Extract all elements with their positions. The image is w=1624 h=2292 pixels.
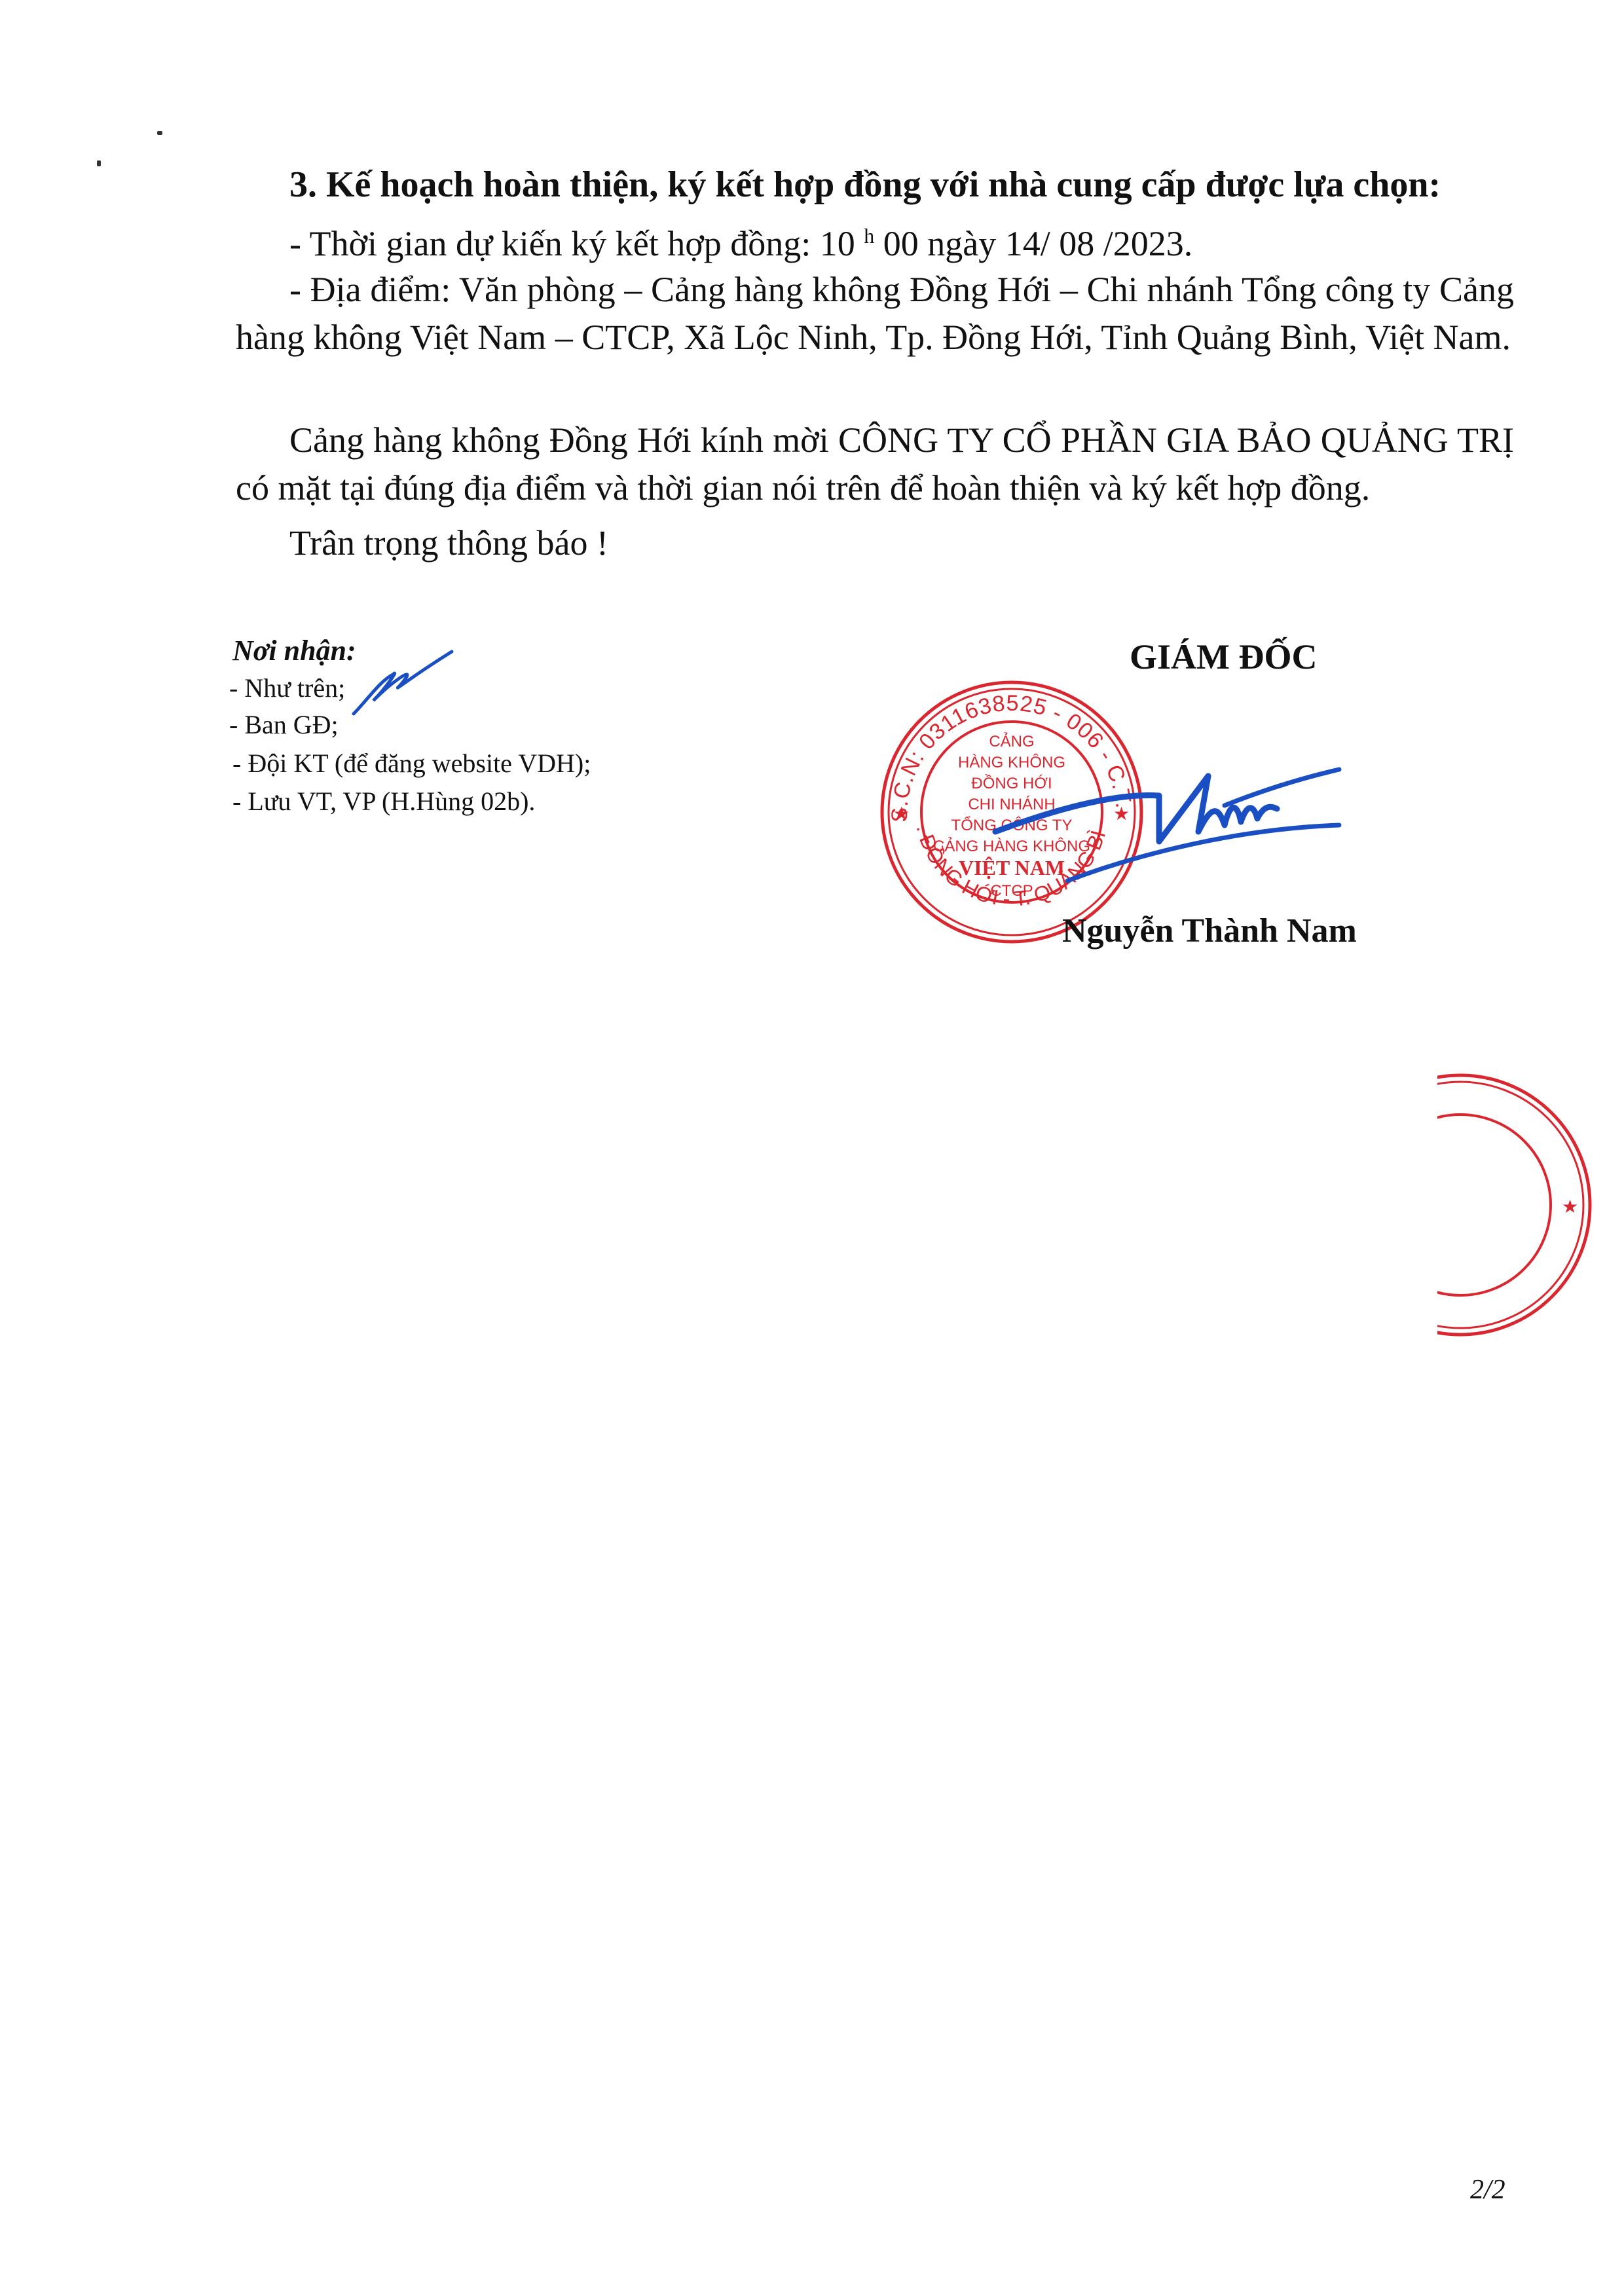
svg-text:★: ★	[893, 804, 910, 824]
scan-speck	[97, 160, 101, 166]
signer-name: Nguyễn Thành Nam	[1062, 912, 1357, 950]
recipient-item: - Lưu VT, VP (H.Hùng 02b).	[232, 785, 535, 819]
recipient-item: - Ban GĐ;	[229, 708, 339, 742]
recipient-item: - Đội KT (để đăng website VDH);	[232, 747, 591, 781]
signing-time-suffix: 00 ngày 14/ 08 /2023.	[874, 224, 1192, 263]
section-heading: 3. Kế hoạch hoàn thiện, ký kết hợp đồng …	[289, 164, 1441, 206]
svg-text:★: ★	[1562, 1197, 1578, 1217]
location-paragraph: - Địa điểm: Văn phòng – Cảng hàng không …	[236, 266, 1514, 361]
page-number: 2/2	[1470, 2174, 1505, 2206]
invitation-paragraph: Cảng hàng không Đồng Hới kính mời CÔNG T…	[236, 416, 1514, 512]
signing-time-prefix: - Thời gian dự kiến ký kết hợp đồng: 10	[289, 224, 864, 263]
signer-title: GIÁM ĐỐC	[1130, 637, 1317, 677]
hour-superscript: h	[864, 224, 874, 248]
closing-line: Trân trọng thông báo !	[289, 520, 608, 566]
director-signature	[982, 733, 1349, 891]
partial-seal: ★	[1437, 1067, 1608, 1342]
scan-speck	[157, 131, 162, 135]
signing-time: - Thời gian dự kiến ký kết hợp đồng: 10 …	[289, 213, 1192, 267]
initials-mark	[327, 629, 471, 720]
